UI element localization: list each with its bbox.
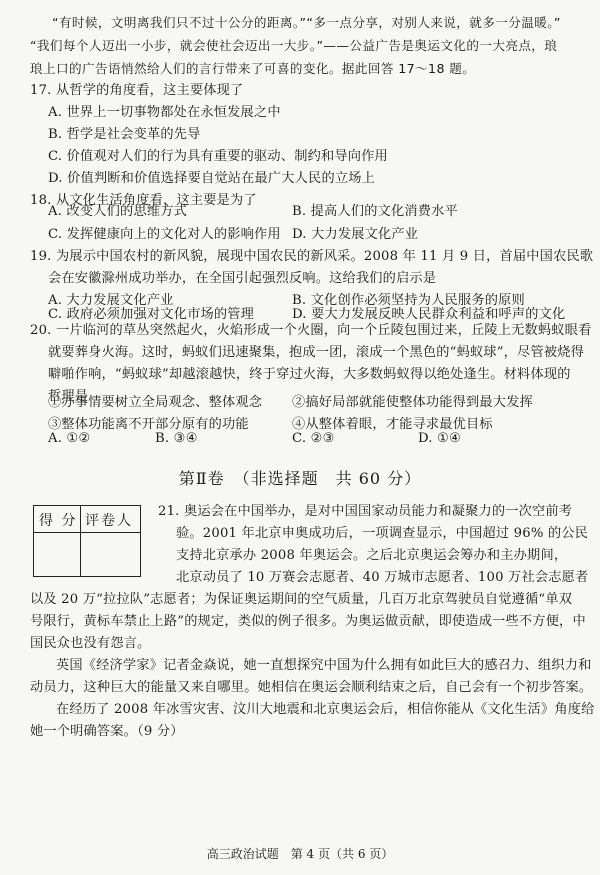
q17-option-c: C. 价值观对人们的行为具有重要的驱动、制约和导向作用 [48,148,388,166]
q21-line-8: 英国《经济学家》记者金焱说，她一直想探究中国为什么拥有如此巨大的感召力、组织力和 [56,657,592,675]
q20-statement-2: ②搞好局部就能使整体功能得到最大发挥 [292,394,533,412]
q21-line-1: 21. 奥运会在中国举办，是对中国国家动员能力和凝聚力的一次空前考 [158,503,572,521]
q21-line-6: 号限行，黄标车禁止上路”的规定，类似的例子很多。为奥运做贡献，即使造成一些不方便… [30,613,586,631]
q20-option-a: A. ①② [48,430,91,448]
q20-statement-1: ①办事情要树立全局观念、整体观念 [48,394,262,412]
q20-option-d: D. ①④ [418,430,461,448]
q21-line-11: 她一个明确答案。（9 分） [30,723,184,741]
score-label: 得 分 [39,510,77,530]
q21-line-7: 国民众也没有怨言。 [30,635,151,653]
score-box-divider-horizontal [34,532,140,533]
grader-label: 评卷人 [85,510,133,530]
q20-stem-line-2: 就要葬身火海。这时，蚂蚁们迅速聚集，抱成一团，滚成一个黑色的“蚂蚁球”，尽管被烧… [48,344,584,362]
intro-line-3: 琅上口的广告语悄然给人们的言行带来了可喜的变化。据此回答 17～18 题。 [30,60,475,78]
q21-line-9: 动员力，这种巨大的能量又来自哪里。她相信在奥运会顺利结束之后，自己会有一个初步答… [30,679,592,697]
q17-option-a: A. 世界上一切事物都处在永恒发展之中 [48,104,281,122]
section-2-title: 第Ⅱ卷 （非选择题 共 60 分） [0,466,600,489]
intro-line-1: “有时候，文明离我们只不过十公分的距离。”“多一点分享，对别人来说，就多一分温暖… [52,14,561,32]
q19-stem-line-1: 19. 为展示中国农村的新风貌，展现中国农民的新风采。2008 年 11 月 9… [30,248,593,266]
q21-line-10: 在经历了 2008 年冰雪灾害、汶川大地震和北京奥运会后，相信你能从《文化生活》… [56,701,594,719]
intro-line-2: “我们每个人迈出一小步，就会使社会迈出一大步。”——公益广告是奥运文化的一大亮点… [30,37,557,55]
q18-option-c: C. 发挥健康向上的文化对人的影响作用 [48,226,281,244]
q21-line-3: 支持北京承办 2008 年奥运会。之后北京奥运会筹办和主办期间， [176,547,567,565]
q19-stem-line-2: 会在安徽滁州成功举办，在全国引起强烈反响。这给我们的启示是 [48,270,436,288]
q21-line-2: 验。2001 年北京申奥成功后，一项调查显示，中国超过 96% 的公民 [176,525,588,543]
score-box: 得 分 评卷人 [33,505,141,577]
q21-line-5: 以及 20 万“拉拉队”志愿者；为保证奥运期间的空气质量，几百万北京驾驶员自觉遵… [30,591,572,609]
q17-option-b: B. 哲学是社会变革的先导 [48,126,201,144]
q18-option-d: D. 大力发展文化产业 [292,226,418,244]
q21-line-4: 北京动员了 10 万赛会志愿者、40 万城市志愿者、100 万社会志愿者 [176,569,588,587]
q18-option-a: A. 改变人们的思维方式 [48,203,187,221]
q20-stem-line-3: 噼啪作响，“蚂蚁球”却越滚越快，终于穿过火海，大多数蚂蚁得以绝处逢生。材料体现的 [48,366,571,384]
q17-stem: 17. 从哲学的角度看，这主要体现了 [30,82,243,100]
q18-option-b: B. 提高人们的文化消费水平 [292,203,458,221]
q17-option-d: D. 价值判断和价值选择要自觉站在最广大人民的立场上 [48,170,375,188]
q20-stem-line-1: 20. 一片临河的草丛突然起火，火焰形成一个火圈，向一个丘陵包围过来，丘陵上无数… [30,322,591,340]
q20-option-b: B. ③④ [155,430,198,448]
q20-option-c: C. ②③ [292,430,335,448]
score-box-divider-vertical [80,506,81,576]
page-footer: 高三政治试题 第 4 页（共 6 页） [0,845,600,862]
